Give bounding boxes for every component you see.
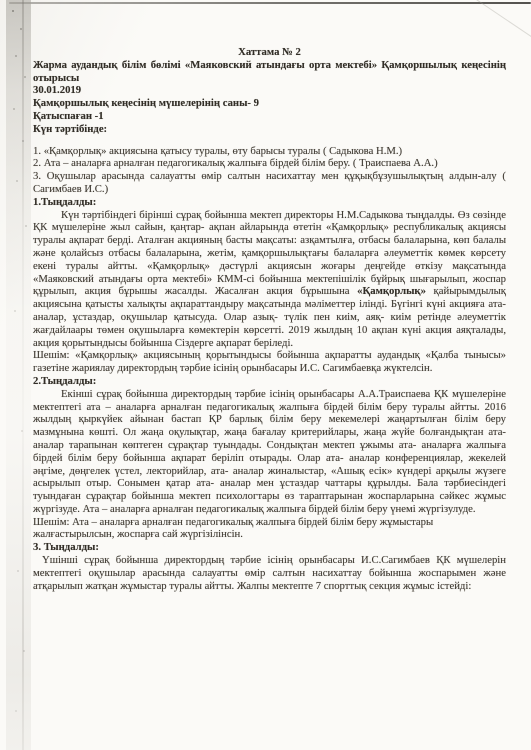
section-1-body-lead: Күн тәртібіндегі бірінші сұрақ бойынша м… <box>33 209 506 298</box>
section-1-decision: Шешім: «Қамқорлық» акциясының қорытындыс… <box>33 349 506 375</box>
section-2-body: Екінші сұрақ бойынша директордың тәрбие … <box>33 388 506 516</box>
scan-noise-speckles <box>12 10 14 12</box>
absent-line: Қатыспаған -1 <box>33 110 506 123</box>
page-title: Хаттама № 2 <box>33 46 506 59</box>
agenda-item-2: 2. Ата – аналарға арналған педагогикалық… <box>33 157 506 170</box>
scan-left-edge-band <box>6 0 31 750</box>
scan-left-edge-streak <box>22 0 24 750</box>
agenda-item-1: 1. «Қамқорлық» акциясына қатысу туралы, … <box>33 145 506 158</box>
section-1-body: Күн тәртібіндегі бірінші сұрақ бойынша м… <box>33 209 506 350</box>
scan-corner-fold-line <box>462 0 531 43</box>
section-2-heading: 2.Тыңдалды: <box>33 375 506 388</box>
section-2-decision: Шешім: Ата – аналарға арналған педагогик… <box>33 516 506 542</box>
agenda-list: 1. «Қамқорлық» акциясына қатысу туралы, … <box>33 145 506 196</box>
section-1-heading: 1.Тыңдалды: <box>33 196 506 209</box>
scanned-document-page: Хаттама № 2 Жарма аудандық білім бөлімі … <box>0 0 531 750</box>
section-1-body-bold-term: «Қамқорлық» <box>357 285 426 297</box>
document-body: Хаттама № 2 Жарма аудандық білім бөлімі … <box>33 46 506 592</box>
section-3-body: Үшінші сұрақ бойынша директордың тәрбие … <box>33 554 506 592</box>
section-3-heading: 3. Тыңдалды: <box>33 541 506 554</box>
agenda-item-3: 3. Оқушылар арасында салауатты өмір салт… <box>33 170 506 196</box>
members-count-line: Қамқоршылық кеңесінің мүшелерінің саны- … <box>33 97 506 110</box>
doc-subtitle: Жарма аудандық білім бөлімі «Маяковский … <box>33 59 506 85</box>
agenda-heading: Күн тәртібінде: <box>33 123 506 136</box>
scan-top-edge-line <box>9 2 531 4</box>
doc-date: 30.01.2019 <box>33 84 506 97</box>
